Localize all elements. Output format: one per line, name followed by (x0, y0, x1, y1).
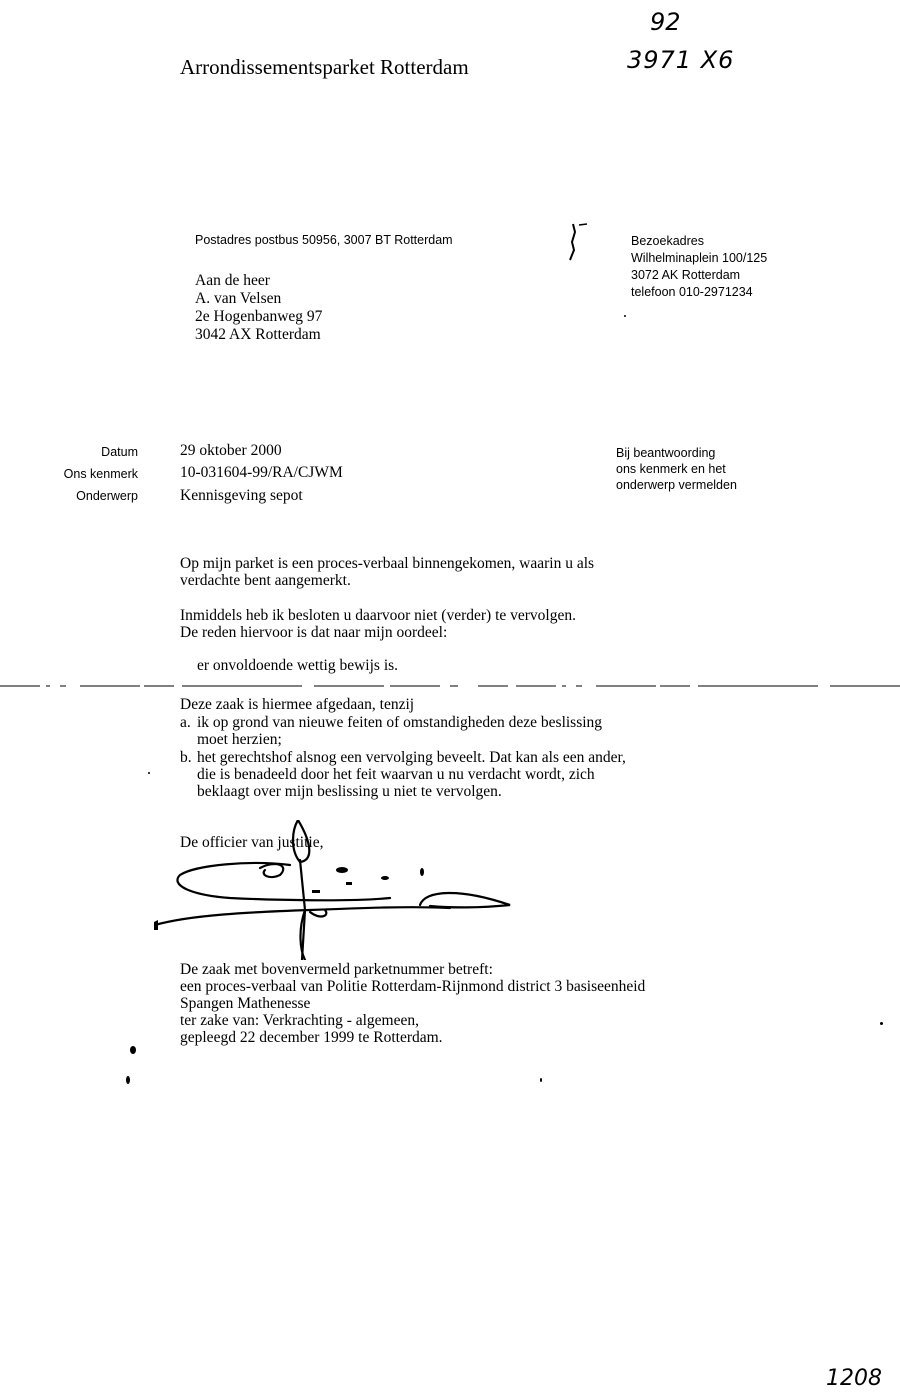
reply-note-line: ons kenmerk en het (616, 461, 737, 477)
organization-title: Arrondissementsparket Rotterdam (180, 55, 469, 80)
scan-speck (624, 315, 626, 317)
reply-note-line: Bij beantwoording (616, 445, 737, 461)
handwritten-number: 92 (650, 8, 681, 36)
signature (150, 820, 530, 960)
condition-line: moet herzien; (197, 731, 602, 748)
case-info-line: Spangen Mathenesse (180, 995, 645, 1012)
scan-speck (880, 1022, 883, 1025)
handwritten-reference: 3971 X6 (627, 46, 734, 74)
handwritten-page-number: 1208 (826, 1366, 882, 1391)
recipient-street: 2e Hogenbanweg 97 (195, 308, 322, 326)
case-info-line: een proces-verbaal van Politie Rotterdam… (180, 978, 645, 995)
scan-dash-line (0, 685, 900, 687)
case-info-line: ter zake van: Verkrachting - algemeen, (180, 1012, 645, 1029)
paragraph-line: Inmiddels heb ik besloten u daarvoor nie… (180, 607, 576, 624)
visiting-address-street: Wilhelminaplein 100/125 (631, 250, 767, 267)
reply-note-line: onderwerp vermelden (616, 477, 737, 493)
visiting-address-city: 3072 AK Rotterdam (631, 267, 767, 284)
case-info-line: gepleegd 22 december 1999 te Rotterdam. (180, 1029, 645, 1046)
condition-line: beklaagt over mijn beslissing u niet te … (197, 783, 626, 800)
scan-mark (565, 220, 600, 265)
paragraph-intro: Op mijn parket is een proces-verbaal bin… (180, 555, 594, 589)
paragraph-line: De reden hiervoor is dat naar mijn oorde… (180, 624, 576, 641)
case-info-line: De zaak met bovenvermeld parketnummer be… (180, 961, 645, 978)
recipient-address: Aan de heer A. van Velsen 2e Hogenbanweg… (195, 272, 322, 344)
visiting-address: Bezoekadres Wilhelminaplein 100/125 3072… (631, 233, 767, 301)
postal-address: Postadres postbus 50956, 3007 BT Rotterd… (195, 233, 453, 247)
paragraph-line: Op mijn parket is een proces-verbaal bin… (180, 555, 594, 572)
recipient-line: Aan de heer (195, 272, 322, 290)
date-label: Datum (0, 445, 138, 459)
visiting-address-phone: telefoon 010-2971234 (631, 284, 767, 301)
paragraph-line: verdachte bent aangemerkt. (180, 572, 594, 589)
condition-line: die is benadeeld door het feit waarvan u… (197, 766, 626, 783)
reference-value: 10-031604-99/RA/CJWM (180, 464, 343, 482)
conditions-intro: Deze zaak is hiermee afgedaan, tenzij (180, 696, 414, 713)
condition-marker: a. (180, 714, 197, 731)
condition-b: b. het gerechtshof alsnog een vervolging… (180, 749, 626, 800)
scan-speck (130, 1046, 136, 1054)
paragraph-decision: Inmiddels heb ik besloten u daarvoor nie… (180, 607, 576, 641)
scan-speck (126, 1076, 130, 1084)
condition-line: het gerechtshof alsnog een vervolging be… (197, 749, 626, 766)
scan-speck (148, 772, 150, 774)
recipient-name: A. van Velsen (195, 290, 322, 308)
condition-marker: b. (180, 749, 197, 766)
visiting-address-label: Bezoekadres (631, 233, 767, 250)
scan-speck (540, 1078, 542, 1082)
condition-line: ik op grond van nieuwe feiten of omstand… (197, 714, 602, 731)
date-value: 29 oktober 2000 (180, 442, 282, 460)
reason-text: er onvoldoende wettig bewijs is. (197, 657, 398, 674)
reference-label: Ons kenmerk (0, 467, 138, 481)
case-info: De zaak met bovenvermeld parketnummer be… (180, 961, 645, 1046)
condition-a: a. ik op grond van nieuwe feiten of omst… (180, 714, 602, 748)
recipient-city: 3042 AX Rotterdam (195, 326, 322, 344)
subject-value: Kennisgeving sepot (180, 487, 303, 505)
subject-label: Onderwerp (0, 489, 138, 503)
reply-note: Bij beantwoording ons kenmerk en het ond… (616, 445, 737, 493)
